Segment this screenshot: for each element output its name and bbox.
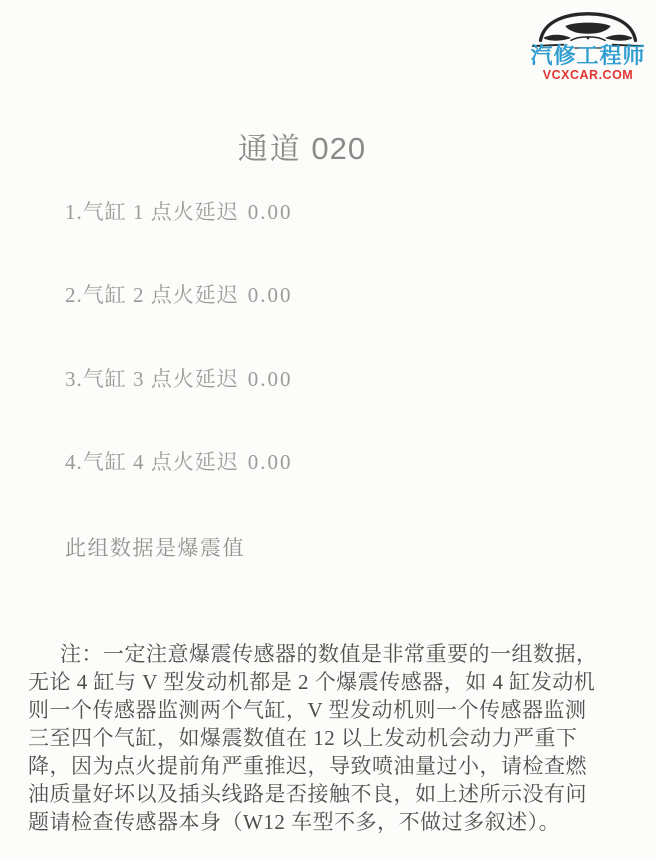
note-line: 降，因为点火提前角严重推迟，导致喷油量过小，请检查燃 [28,752,646,780]
reading-row: 1.气缸 1 点火延迟0.00 [65,196,293,226]
reading-value: 0.00 [248,367,293,391]
reading-label: 4.气缸 4 点火延迟 [65,450,239,474]
summary-line: 此组数据是爆震值 [65,532,245,562]
reading-value: 0.00 [248,450,293,474]
note-line: 则一个传感器监测两个气缸，V 型发动机则一个传感器监测 [28,696,646,724]
note-line: 油质量好坏以及插头线路是否接触不良，如上述所示没有问 [28,780,646,808]
reading-label: 3.气缸 3 点火延迟 [65,367,239,391]
page-title-number: 020 [311,131,366,166]
logo-site-url: VCXCAR.COM [522,68,654,83]
page-title-text: 通道 [238,133,302,166]
note-paragraph: 注：一定注意爆震传感器的数值是非常重要的一组数据， 无论 4 缸与 V 型发动机… [28,640,646,836]
reading-value: 0.00 [248,200,293,224]
logo-brand-text: 汽修工程师 [522,44,654,68]
note-line: 题请检查传感器本身（W12 车型不多，不做过多叙述）。 [28,808,646,836]
reading-value: 0.00 [248,283,293,307]
reading-row: 3.气缸 3 点火延迟0.00 [65,363,293,393]
logo: 汽修工程师 VCXCAR.COM [522,6,654,83]
note-line: 三至四个气缸，如爆震数值在 12 以上发动机会动力严重下 [28,724,646,752]
page-title: 通道 020 [0,124,604,168]
reading-row: 4.气缸 4 点火延迟0.00 [65,446,293,476]
note-line: 无论 4 缸与 V 型发动机都是 2 个爆震传感器，如 4 缸发动机 [28,668,646,696]
document-page: 汽修工程师 VCXCAR.COM 通道 020 1.气缸 1 点火延迟0.00 … [0,0,657,860]
reading-label: 2.气缸 2 点火延迟 [65,283,239,307]
note-line: 注：一定注意爆震传感器的数值是非常重要的一组数据， [28,640,646,668]
reading-row: 2.气缸 2 点火延迟0.00 [65,279,293,309]
reading-label: 1.气缸 1 点火延迟 [65,200,239,224]
